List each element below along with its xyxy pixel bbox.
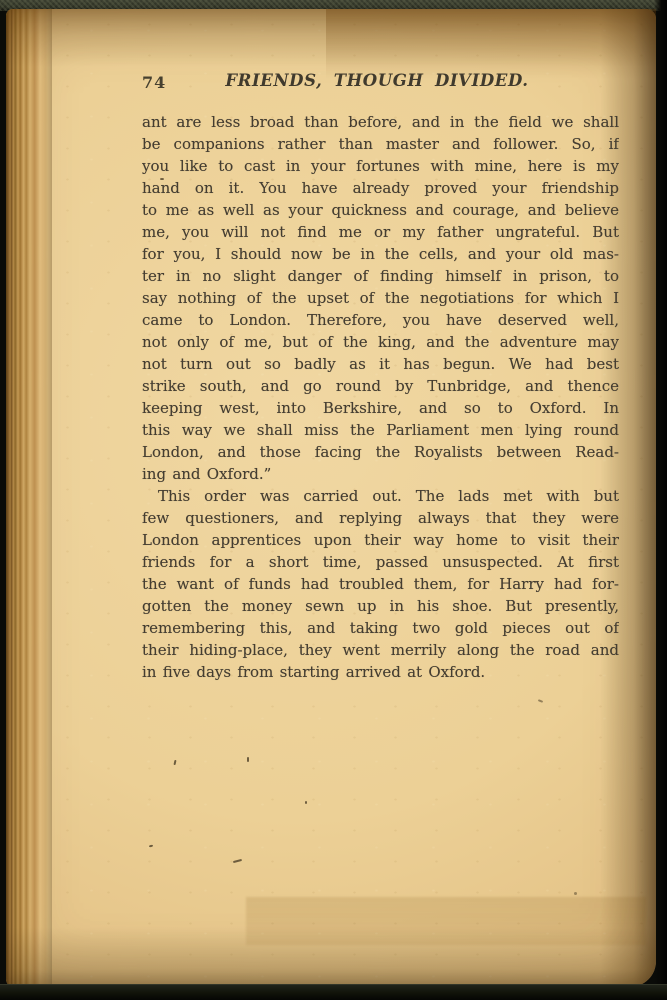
text-line: not turn out so badly as it has begun. W… bbox=[142, 353, 619, 375]
page-number: 74 bbox=[142, 73, 166, 92]
text-line: in five days from starting arrived at Ox… bbox=[142, 661, 619, 683]
text-line: not only of me, but of the king, and the… bbox=[142, 331, 619, 353]
text-line: ant are less broad than before, and in t… bbox=[142, 111, 619, 133]
text-line: London apprentices upon their way home t… bbox=[142, 529, 619, 551]
text-line: London, and those facing the Royalists b… bbox=[142, 441, 619, 463]
text-line: few questioners, and replying always tha… bbox=[142, 507, 619, 529]
book-scan: 74 FRIENDS, THOUGH DIVIDED. ant are less… bbox=[0, 0, 667, 1000]
text-line: their hiding-place, they went merrily al… bbox=[142, 639, 619, 661]
text-line: for you, I should now be in the cells, a… bbox=[142, 243, 619, 265]
text-line: this way we shall miss the Parliament me… bbox=[142, 419, 619, 441]
paper-speck bbox=[160, 178, 164, 180]
paper-speck bbox=[247, 757, 249, 762]
text-block: ant are less broad than before, and in t… bbox=[142, 111, 619, 683]
page-stack-edges bbox=[6, 9, 52, 987]
text-line: strike south, and go round by Tunbridge,… bbox=[142, 375, 619, 397]
text-line: ing and Oxford.” bbox=[142, 463, 619, 485]
text-line: me, you will not find me or my father un… bbox=[142, 221, 619, 243]
text-line: say nothing of the upset of the negotiat… bbox=[142, 287, 619, 309]
text-line: This order was carried out. The lads met… bbox=[142, 485, 619, 507]
text-line: the want of funds had troubled them, for… bbox=[142, 573, 619, 595]
text-line: keeping west, into Berkshire, and so to … bbox=[142, 397, 619, 419]
text-line: ter in no slight danger of finding himse… bbox=[142, 265, 619, 287]
text-line: hand on it. You have already proved your… bbox=[142, 177, 619, 199]
page-header: 74 FRIENDS, THOUGH DIVIDED. bbox=[136, 71, 618, 95]
text-line: you like to cast in your fortunes with m… bbox=[142, 155, 619, 177]
paper-speck bbox=[305, 801, 307, 804]
book-cover-bottom-edge bbox=[0, 984, 667, 1000]
scan-shadow-band bbox=[246, 897, 646, 945]
text-line: be companions rather than master and fol… bbox=[142, 133, 619, 155]
text-line: gotten the money sewn up in his shoe. Bu… bbox=[142, 595, 619, 617]
text-line: friends for a short time, passed unsuspe… bbox=[142, 551, 619, 573]
text-line: remembering this, and taking two gold pi… bbox=[142, 617, 619, 639]
paper-speck bbox=[574, 892, 577, 895]
text-line: to me as well as your quickness and cour… bbox=[142, 199, 619, 221]
running-title: FRIENDS, THOUGH DIVIDED. bbox=[136, 71, 618, 90]
text-line: came to London. Therefore, you have dese… bbox=[142, 309, 619, 331]
